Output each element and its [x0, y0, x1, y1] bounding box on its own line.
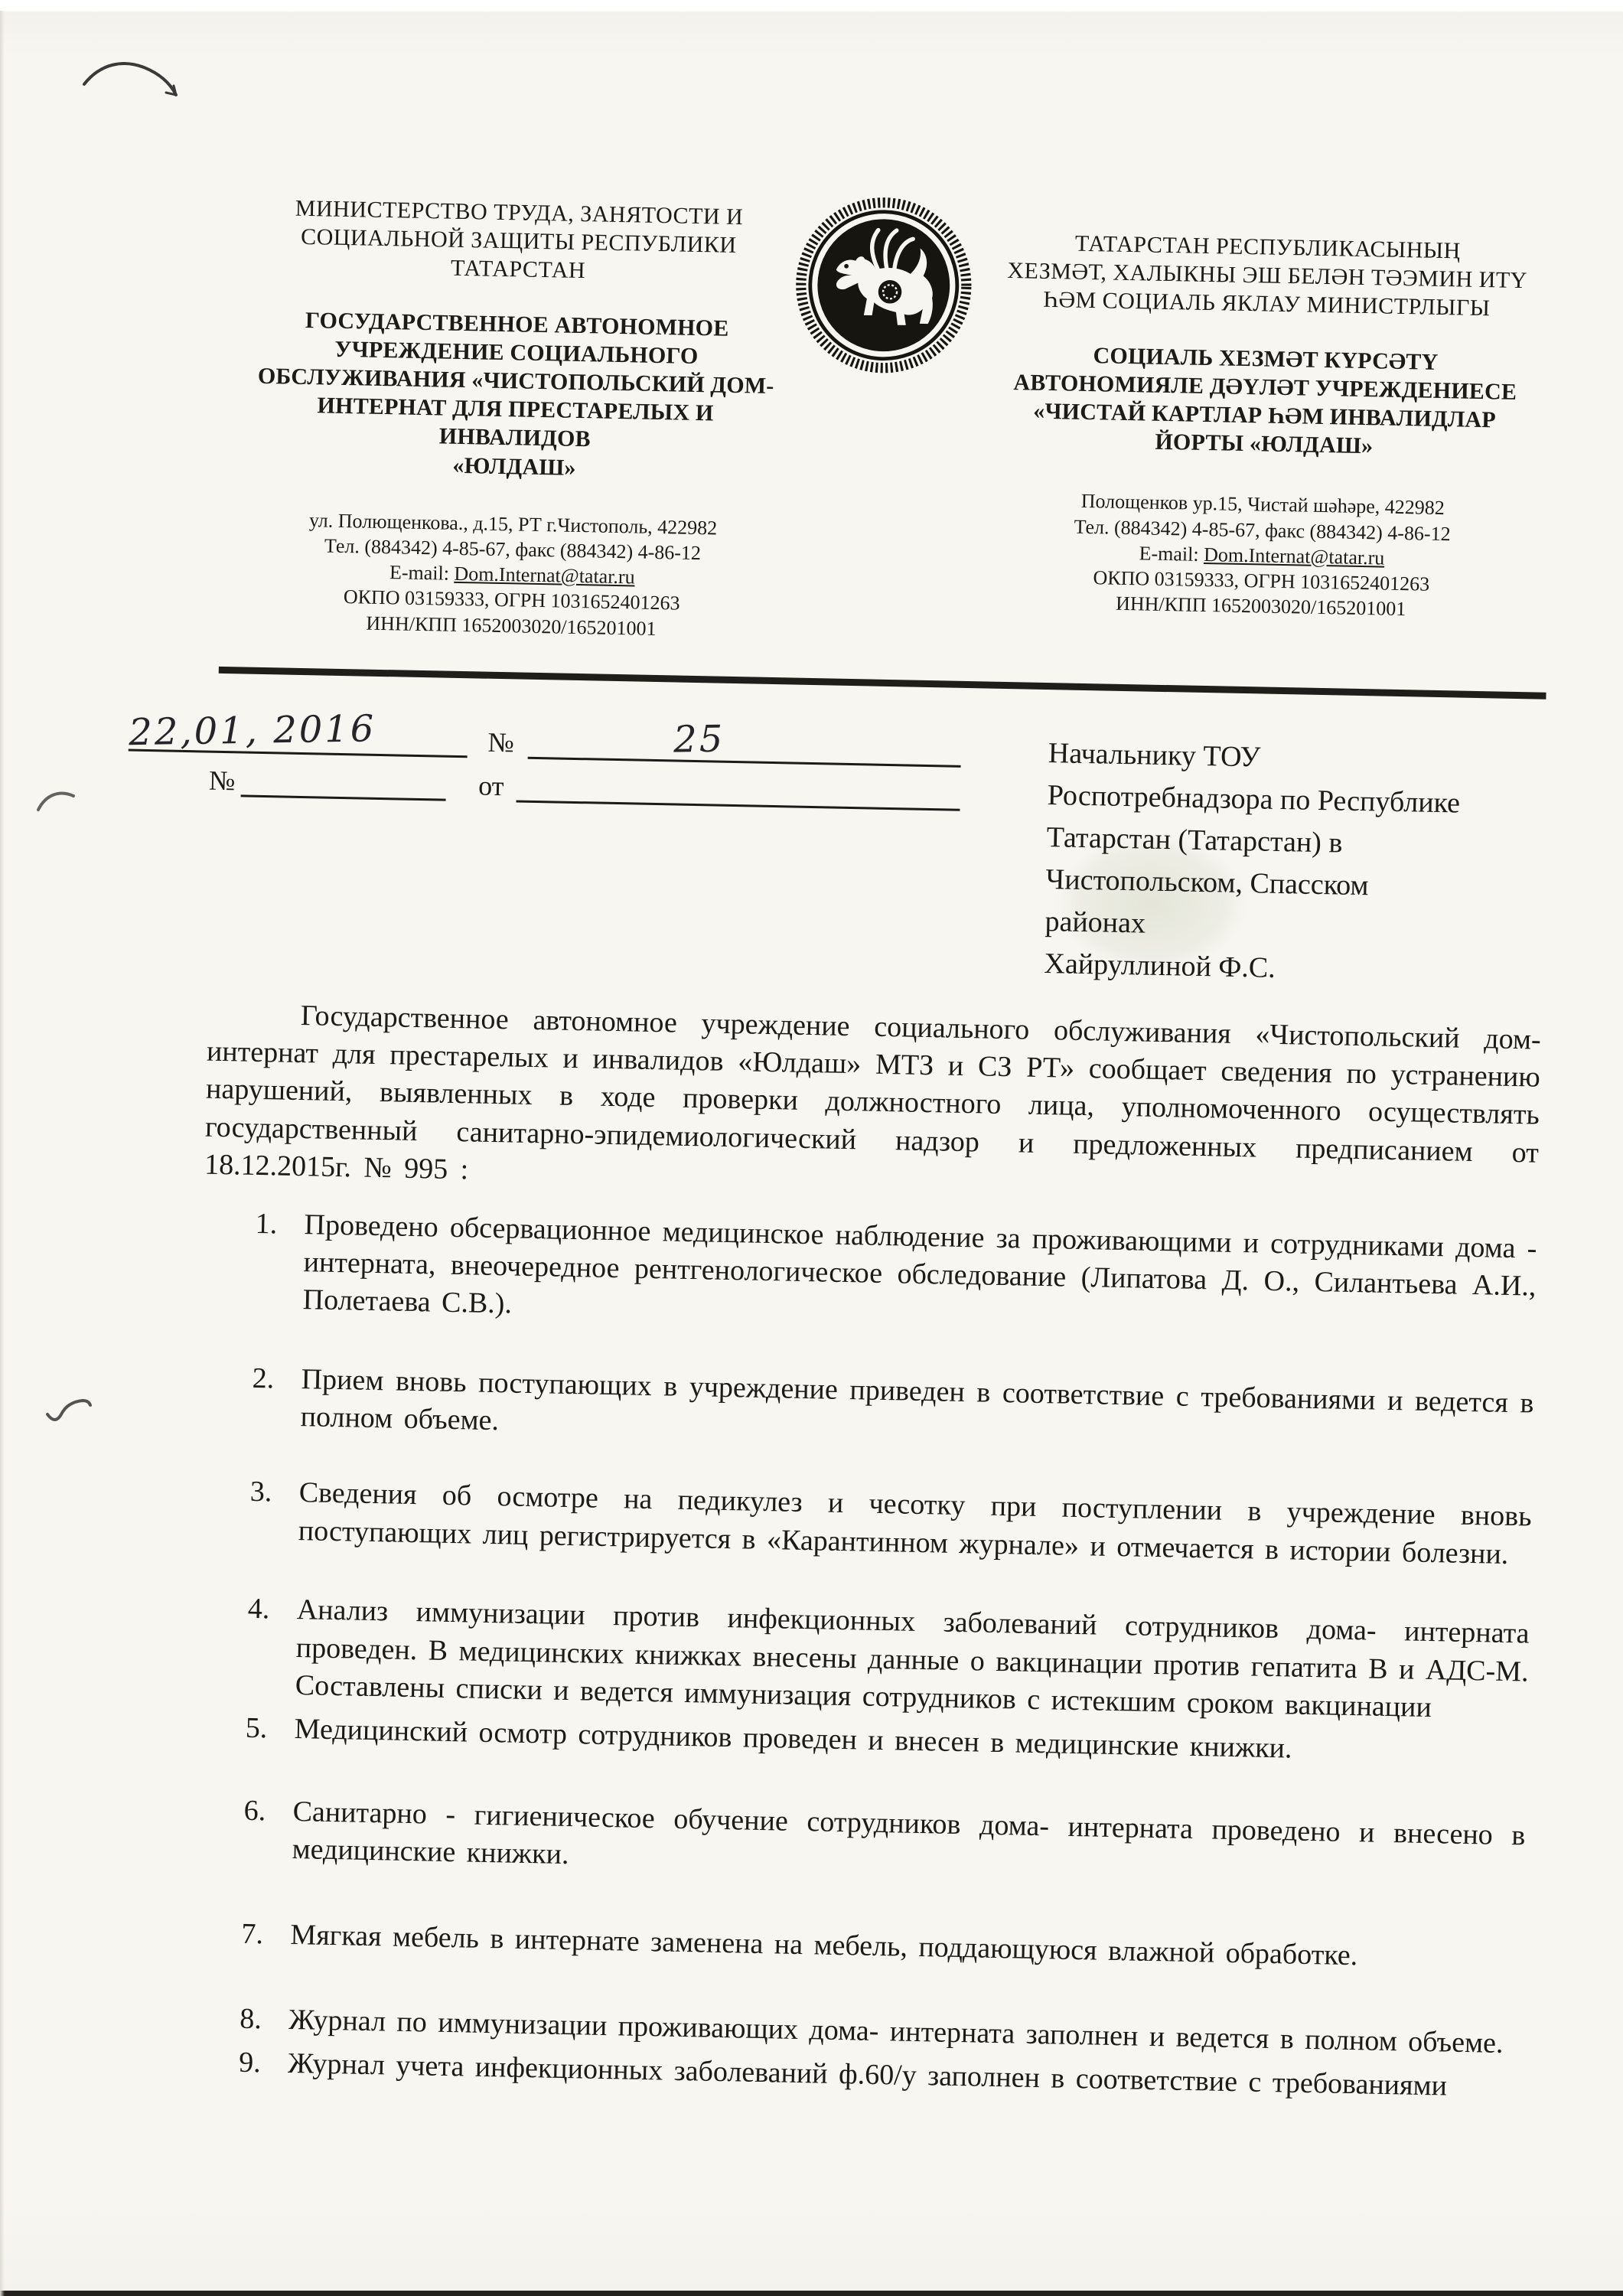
handwritten-date: 22,01, 2016	[129, 710, 376, 751]
handwritten-number: 25	[673, 721, 725, 758]
email-address: Dom.Internat@tatar.ru	[454, 563, 635, 589]
letter-intro-paragraph: Государственное автономное учреждение со…	[204, 995, 1541, 1210]
emblem-container	[786, 191, 981, 379]
ministry-name-tt: ТАТАРСТАН РЕСПУБЛИКАСЫНЫҢ ХЕЗМӘТ, ХАЛЫКН…	[985, 227, 1550, 324]
reference-lines: 22,01, 2016 № 25 № от	[0, 707, 962, 983]
list-item: Прием вновь поступающих в учреждение при…	[300, 1361, 1534, 1460]
blank-date-field	[516, 766, 960, 810]
tatarstan-coat-of-arms-icon	[790, 191, 977, 379]
reference-and-addressee: 22,01, 2016 № 25 № от Начальнику ТОУ Рос…	[0, 707, 1612, 996]
email-address: Dom.Internat@tatar.ru	[1204, 543, 1385, 569]
pen-squiggle-mark	[80, 58, 184, 106]
letterhead-right-tatar: ТАТАРСТАН РЕСПУБЛИКАСЫНЫҢ ХЕЗМӘТ, ХАЛЫКН…	[979, 207, 1550, 625]
scan-left-edge	[0, 11, 5, 2296]
letterhead-left-russian: МИНИСТЕРСТВО ТРУДА, ЗАНЯТОСТИ И СОЦИАЛЬН…	[241, 194, 790, 644]
letterhead-divider-line	[219, 667, 1546, 700]
letterhead: МИНИСТЕРСТВО ТРУДА, ЗАНЯТОСТИ И СОЦИАЛЬН…	[0, 188, 1623, 660]
list-item: Анализ иммунизации против инфекционных з…	[295, 1591, 1530, 1729]
number-sign-label: №	[209, 766, 236, 797]
organization-name-ru: ГОСУДАРСТВЕННОЕ АВТОНОМНОЕ УЧРЕЖДЕНИЕ СО…	[244, 305, 787, 486]
letter-content: МИНИСТЕРСТВО ТРУДА, ЗАНЯТОСТИ И СОЦИАЛЬН…	[0, 188, 1623, 2108]
contacts-tt: Полощенков ур.15, Чистай шәһәре, 422982 …	[979, 487, 1544, 625]
list-item: Мягкая мебель в интернате заменена на ме…	[290, 1916, 1524, 1978]
number-sign-label: №	[487, 728, 514, 758]
outgoing-number-field: 25	[527, 718, 961, 768]
compliance-items-list: Проведено обсервационное медицинское наб…	[288, 1206, 1537, 2108]
blank-number-field	[241, 761, 447, 801]
list-item: Проведено обсервационное медицинское наб…	[302, 1206, 1537, 1344]
organization-name-tt: СОЦИАЛЬ ХЕЗМӘТ КҮРСӘТҮ АВТОНОМИЯЛЕ ДӘҮЛӘ…	[983, 339, 1548, 464]
ot-label: от	[478, 771, 504, 802]
contacts-ru: ул. Полющенкова., д.15, РТ г.Чистополь, …	[241, 506, 784, 644]
ministry-name-ru: МИНИСТЕРСТВО ТРУДА, ЗАНЯТОСТИ И СОЦИАЛЬН…	[248, 194, 790, 289]
list-item: Сведения об осмотре на педикулез и чесот…	[298, 1475, 1532, 1574]
addressee-block: Начальнику ТОУ Роспотребнадзора по Респу…	[1044, 728, 1550, 995]
scanned-letter-page: МИНИСТЕРСТВО ТРУДА, ЗАНЯТОСТИ И СОЦИАЛЬН…	[0, 0, 1623, 2296]
date-field: 22,01, 2016	[129, 710, 468, 758]
list-item: Санитарно - гигиеническое обучение сотру…	[292, 1793, 1526, 1893]
scan-bottom-edge	[0, 2291, 1623, 2296]
